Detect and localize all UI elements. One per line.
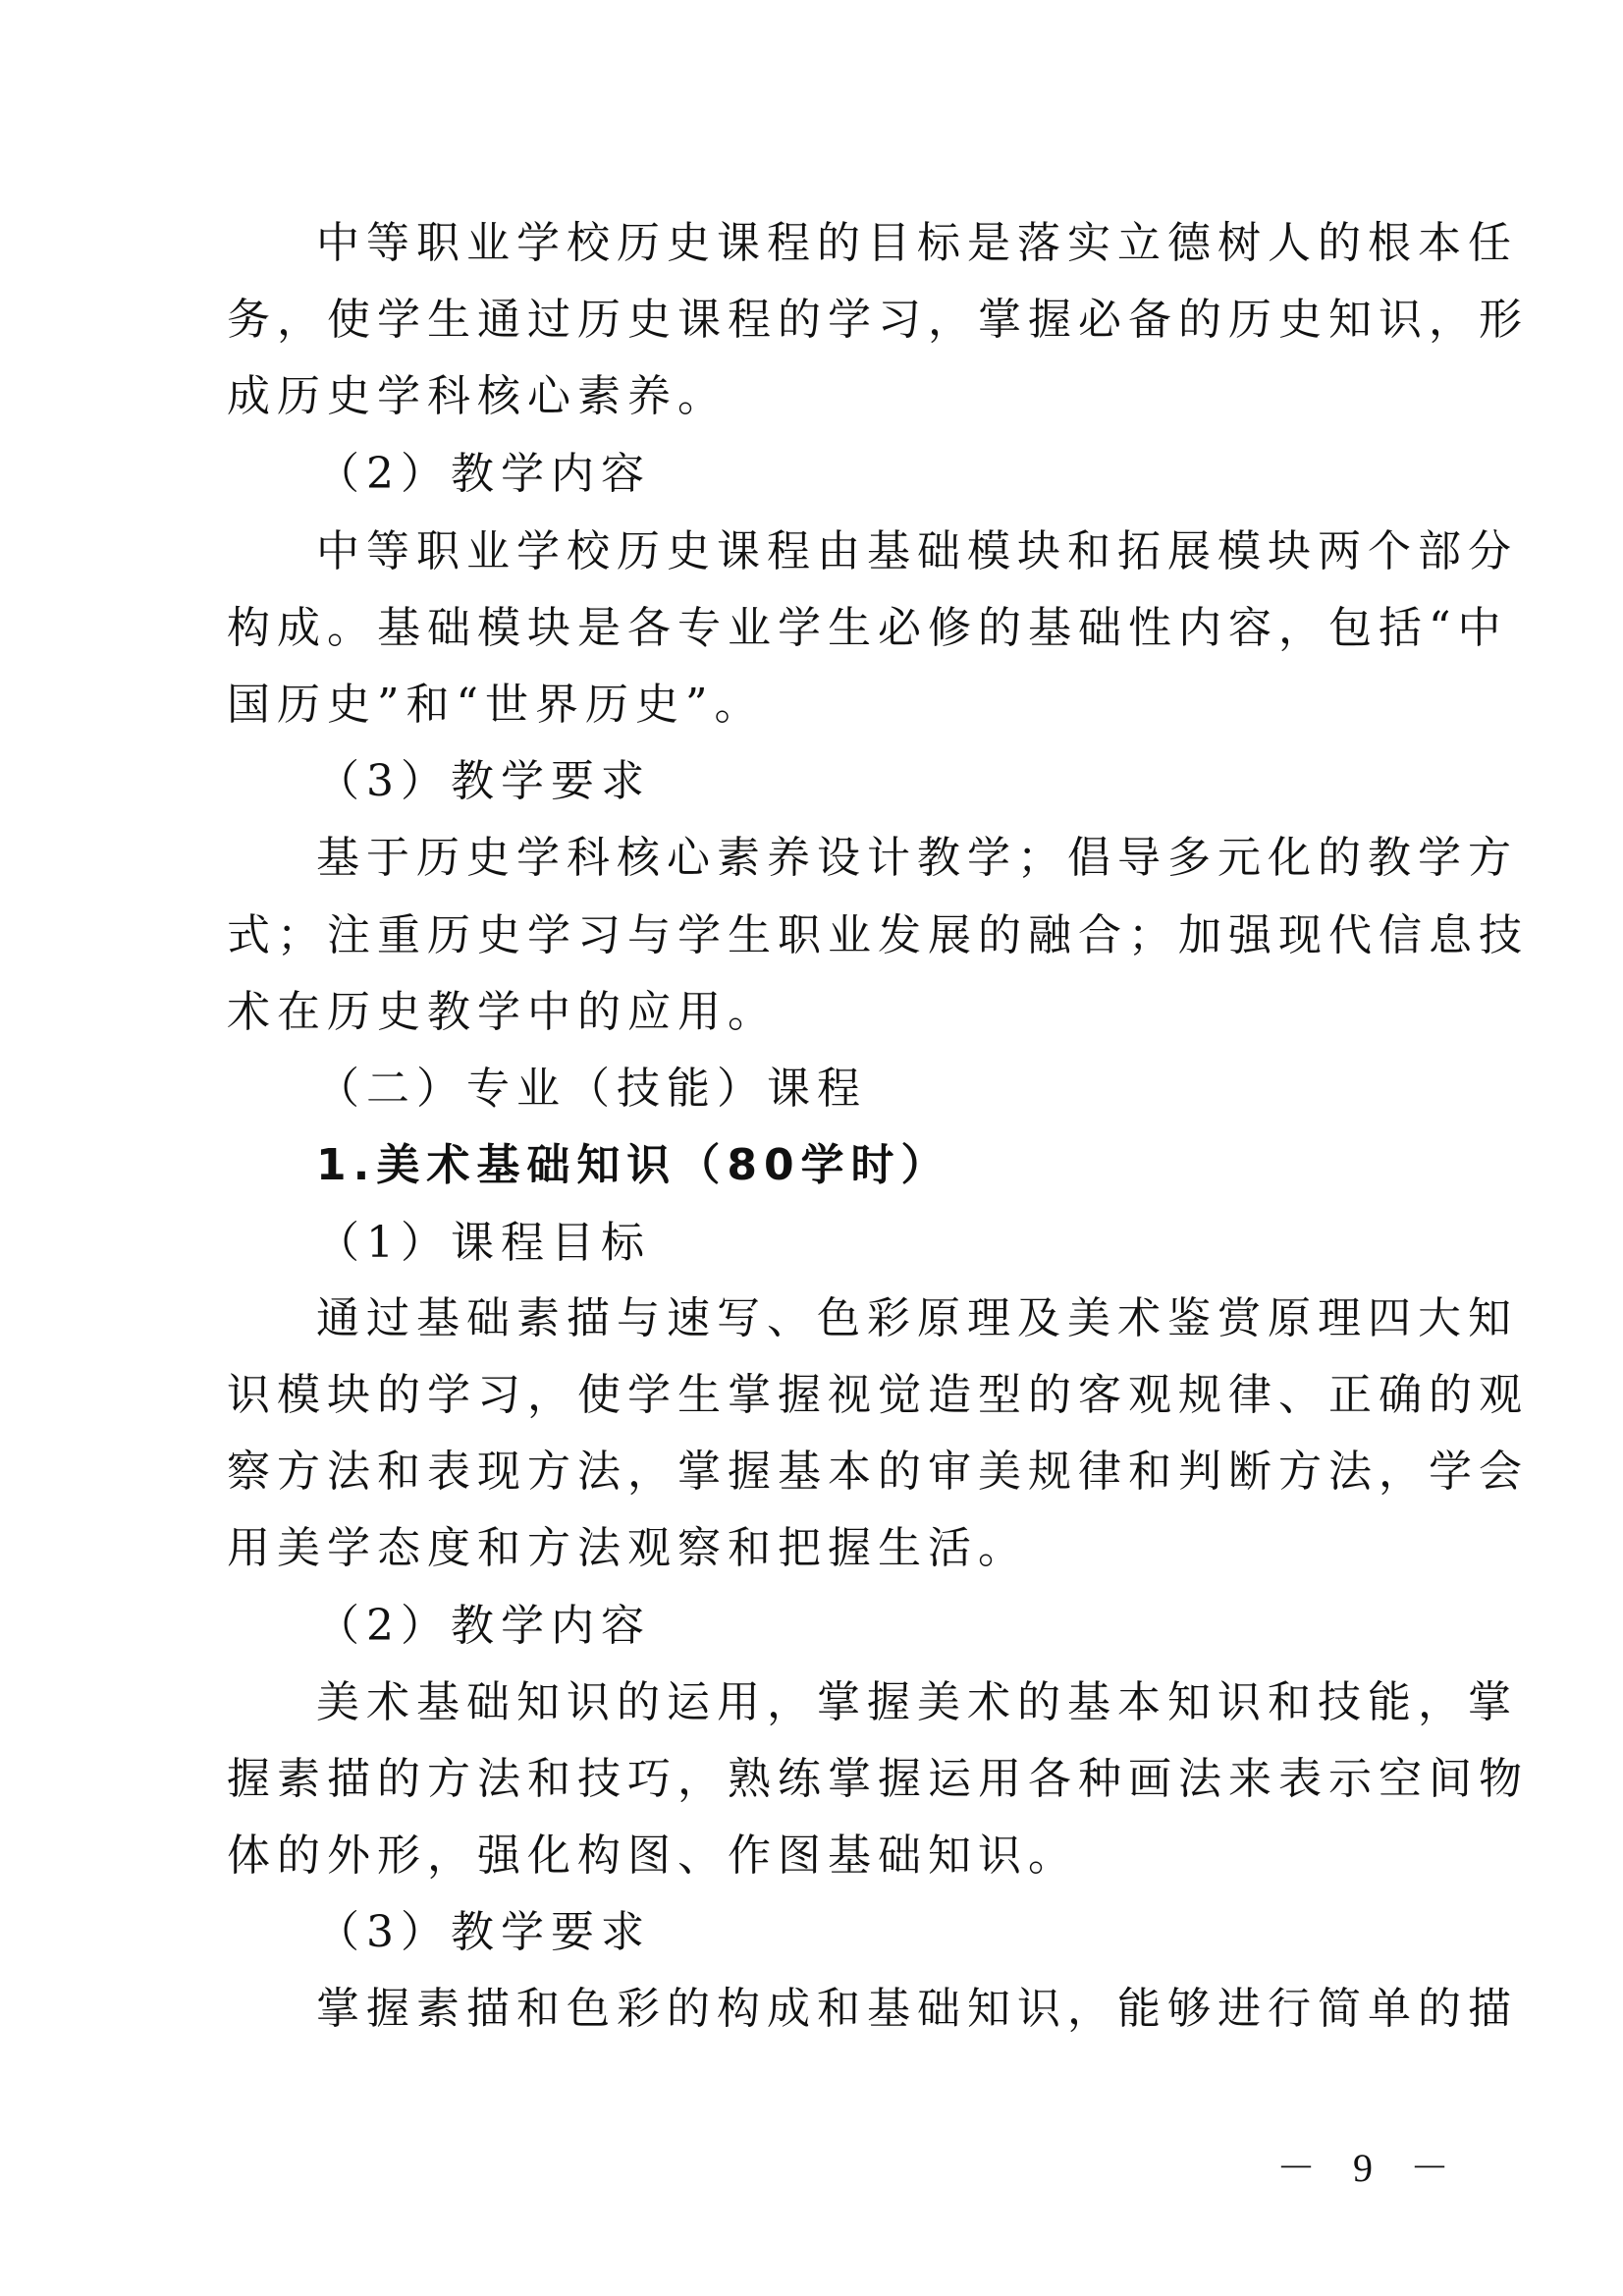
paragraph-line: 美术基础知识的运用，掌握美术的基本知识和技能，掌 [316, 1673, 1518, 1732]
paragraph-line: 构成。基础模块是各专业学生必修的基础性内容，包括“中 [227, 599, 1508, 658]
paragraph-line: 式；注重历史学习与学生职业发展的融合；加强现代信息技 [227, 906, 1529, 965]
page-number: － 9 － [1276, 2137, 1463, 2193]
paragraph-line: 务，使学生通过历史课程的学习，掌握必备的历史知识，形 [227, 291, 1529, 350]
paragraph-line: 国历史”和“世界历史”。 [227, 676, 764, 735]
section-heading: （二）专业（技能）课程 [316, 1060, 867, 1119]
subheading: （3）教学要求 [316, 1903, 651, 1962]
paragraph-line: 术在历史教学中的应用。 [227, 983, 778, 1042]
paragraph-line: 中等职业学校历史课程由基础模块和拓展模块两个部分 [316, 522, 1518, 581]
subheading: （2）教学内容 [316, 445, 651, 504]
paragraph-line: 察方法和表现方法，掌握基本的审美规律和判断方法，学会 [227, 1443, 1529, 1502]
paragraph-line: 体的外形，强化构图、作图基础知识。 [227, 1827, 1078, 1886]
paragraph-line: 用美学态度和方法观察和把握生活。 [227, 1519, 1028, 1578]
paragraph-line: 基于历史学科核心素养设计教学；倡导多元化的教学方 [316, 829, 1518, 888]
paragraph-line: 握素描的方法和技巧，熟练掌握运用各种画法来表示空间物 [227, 1750, 1529, 1809]
paragraph-line: 识模块的学习，使学生掌握视觉造型的客观规律、正确的观 [227, 1366, 1529, 1425]
subheading: （1）课程目标 [316, 1214, 651, 1273]
subheading: （3）教学要求 [316, 752, 651, 811]
paragraph-line: 中等职业学校历史课程的目标是落实立德树人的根本任 [316, 214, 1518, 273]
paragraph-line: 通过基础素描与速写、色彩原理及美术鉴赏原理四大知 [316, 1289, 1518, 1348]
paragraph-line: 掌握素描和色彩的构成和基础知识，能够进行简单的描 [316, 1980, 1518, 2039]
paragraph-line: 成历史学科核心素养。 [227, 367, 728, 426]
course-title: 1.美术基础知识（80学时） [316, 1136, 951, 1195]
subheading: （2）教学内容 [316, 1597, 651, 1656]
